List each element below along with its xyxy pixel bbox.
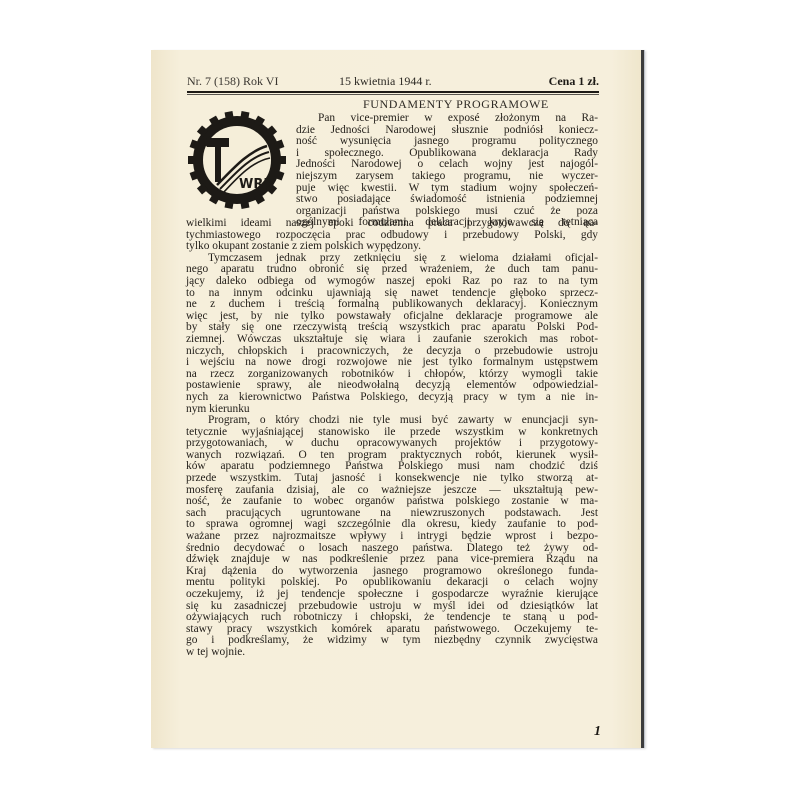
article-line: stwo posiadające świadomość istnienia po… <box>296 194 598 206</box>
article-line: niejszym zarysem takiego programu, nie w… <box>296 171 598 183</box>
article-title: FUNDAMENTY PROGRAMOWE <box>363 97 549 112</box>
issue-price: Cena 1 zł. <box>549 73 599 89</box>
article-line: Program, o który chodzi nie tyle musi by… <box>186 415 598 427</box>
issue-date: 15 kwietnia 1944 r. <box>339 73 432 89</box>
article-line: ne z duchem i treścią formalną publikowa… <box>186 299 598 311</box>
article-line: i wejściu na nowe drogi rozwojowe nie je… <box>186 357 598 369</box>
article-line: Pan vice-premier w exposé złożonym na Ra… <box>296 113 598 125</box>
article-body-wide: wielkimi ideami naszej epoki codzienna p… <box>186 218 598 659</box>
article-line: ważane przez najrozmaitsze wpływy i intr… <box>186 531 598 543</box>
article-line: oczekujemy, iż jej tendencje społeczne i… <box>186 589 598 601</box>
article-line: przede wszystkim. Tutaj jasność i konsek… <box>186 473 598 485</box>
newspaper-page: Nr. 7 (158) Rok VI 15 kwietnia 1944 r. C… <box>151 50 644 748</box>
article-line: w tej wojnie. <box>186 647 598 659</box>
masthead: Nr. 7 (158) Rok VI 15 kwietnia 1944 r. C… <box>187 73 599 91</box>
logo-text: WRN <box>239 177 274 192</box>
article-line: ziemnej. Wówczas ukształtuje się wiara i… <box>186 334 598 346</box>
masthead-rule <box>187 91 599 93</box>
article-line: nych za kierownictwo Państwa Polskiego, … <box>186 392 598 404</box>
article-body-narrow: Pan vice-premier w exposé złożonym na Ra… <box>296 113 598 229</box>
issue-number: Nr. 7 (158) Rok VI <box>187 73 278 89</box>
wrn-gear-hammer-icon: WRN <box>187 110 287 210</box>
article-line: jący daleko odbiega od wymogów naszej ep… <box>186 276 598 288</box>
article-line: go i podkreślamy, że widzimy w tym niezb… <box>186 635 598 647</box>
article-line: wielkimi ideami naszej epoki codzienna p… <box>186 218 598 230</box>
page-number: 1 <box>594 724 601 740</box>
masthead-rule-thin <box>187 94 599 95</box>
